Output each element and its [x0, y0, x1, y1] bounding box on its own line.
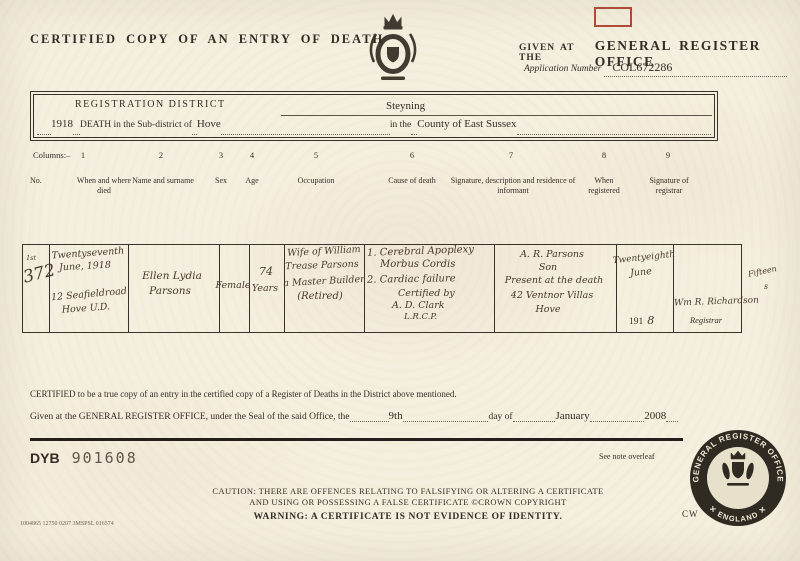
entry-number: 372: [22, 264, 56, 283]
entry-cause-line: L.R.C.P.: [404, 311, 437, 323]
entry-informant-line: A. R. Parsons: [520, 249, 584, 261]
county-value: County of East Sussex: [417, 118, 516, 130]
day-of-label: day of: [488, 412, 512, 422]
column-name-signature-registrar: Signature of registrar: [638, 176, 700, 195]
royal-crest-icon: [364, 12, 422, 84]
given-line-prefix: Given at the GENERAL REGISTER OFFICE, un…: [30, 412, 350, 422]
entry-year: 1918: [51, 118, 73, 130]
entry-informant-line: Present at the death: [505, 275, 603, 287]
caution-line-1: CAUTION: THERE ARE OFFENCES RELATING TO …: [168, 486, 648, 497]
column-name-when-registered: When registered: [578, 176, 630, 195]
warning-line: WARNING: A CERTIFICATE IS NOT EVIDENCE O…: [168, 512, 648, 523]
registration-district-box: REGISTRATION DISTRICT Steyning 1918 DEAT…: [30, 91, 718, 141]
column-name-informant: Signature, description and residence of …: [449, 176, 577, 195]
table-divider: [128, 245, 129, 332]
subdistrict-row: 1918 DEATH in the Sub-district of Hove i…: [37, 118, 711, 135]
table-divider: [364, 245, 365, 332]
registrar-label: Registrar: [690, 315, 722, 325]
margin-note: Fifteen: [747, 263, 778, 281]
entry-cause-line: Certified by: [398, 288, 455, 300]
seal-year-value: 2008: [644, 410, 666, 422]
registered-year-printed: 191: [629, 317, 643, 327]
column-name-age: Age: [245, 176, 258, 186]
subdistrict-value: Hove: [197, 118, 221, 130]
entry-cause-line: Morbus Cordis: [380, 259, 455, 271]
application-number-row: Application Number COL672286: [524, 58, 787, 77]
columns-label: Columns:–: [33, 150, 70, 160]
application-number-line: COL672286: [604, 58, 787, 77]
entry-when-registered-line: June: [630, 266, 653, 280]
column-name-occupation: Occupation: [298, 176, 335, 186]
column-number-6: 6: [410, 150, 414, 160]
red-check-box: [594, 7, 632, 27]
serial-prefix: DYB: [30, 450, 60, 466]
in-the-label: in the: [390, 120, 411, 130]
registration-district-label: REGISTRATION DISTRICT: [75, 99, 226, 110]
caution-block: CAUTION: THERE ARE OFFENCES RELATING TO …: [168, 486, 648, 523]
footer-rule: [30, 438, 683, 441]
death-certificate-document: CERTIFIED COPY OF AN ENTRY OF DEATH GIVE…: [0, 0, 800, 561]
column-number-8: 8: [602, 150, 606, 160]
entry-informant-line: Hove: [536, 304, 561, 316]
entry-occupation-line: Trease Parsons: [285, 259, 359, 274]
column-number-9: 9: [666, 150, 670, 160]
seal-month-value: January: [555, 410, 589, 422]
serial-number-block: DYB 901608: [30, 449, 138, 467]
column-number-7: 7: [509, 150, 513, 160]
column-number-2: 2: [159, 150, 163, 160]
column-name-name-surname: Name and surname: [116, 176, 210, 186]
column-name-sex: Sex: [215, 176, 227, 186]
entry-age-line: 74: [259, 266, 273, 278]
entry-occupation-line: (Retired): [297, 291, 343, 303]
column-number-4: 4: [250, 150, 254, 160]
registrar-signature: Wm R. Richardson: [674, 295, 759, 310]
registered-year-written: 8: [647, 314, 654, 327]
column-number-1: 1: [81, 150, 85, 160]
district-value: Steyning: [386, 100, 425, 112]
entry-name-line: Ellen Lydia: [142, 270, 202, 282]
table-divider: [49, 245, 50, 332]
see-note-overleaf: See note overleaf: [599, 452, 655, 461]
page-title: CERTIFIED COPY OF AN ENTRY OF DEATH: [30, 32, 384, 47]
entry-registered-year: 191 8: [629, 311, 654, 329]
entry-age-line: Years: [252, 283, 278, 295]
given-at-seal-row: Given at the GENERAL REGISTER OFFICE, un…: [30, 410, 678, 422]
entry-number-prefix: 1st: [26, 252, 36, 264]
column-name-cause-of-death: Cause of death: [388, 176, 436, 186]
caution-line-2: AND USING OR POSSESSING A FALSE CERTIFIC…: [168, 497, 648, 508]
general-register-office-seal-icon: GENERAL REGISTER OFFICE ✕ ENGLAND ✕: [686, 426, 790, 530]
entry-name-line: Parsons: [149, 285, 191, 297]
column-name-no: No.: [30, 176, 42, 186]
column-number-5: 5: [314, 150, 318, 160]
entry-cause-line: 2. Cardiac failure: [367, 273, 456, 287]
district-underline: [281, 115, 712, 116]
entry-sex: Female: [215, 280, 250, 292]
margin-note: s: [764, 281, 768, 293]
print-code: 1004865 12750 0207 3MSPSL 016574: [20, 521, 114, 527]
death-in-subdistrict-label: DEATH in the Sub-district of: [80, 120, 192, 130]
application-number-value: COL672286: [604, 60, 672, 74]
seal-day-value: 9th: [389, 410, 403, 422]
entry-informant-line: Son: [539, 262, 557, 274]
entry-informant-line: 42 Ventnor Villas: [511, 290, 593, 302]
certified-statement: CERTIFIED to be a true copy of an entry …: [30, 389, 457, 399]
serial-number: 901608: [72, 449, 138, 467]
table-divider: [494, 245, 495, 332]
column-number-3: 3: [219, 150, 223, 160]
application-number-label: Application Number: [524, 64, 601, 74]
